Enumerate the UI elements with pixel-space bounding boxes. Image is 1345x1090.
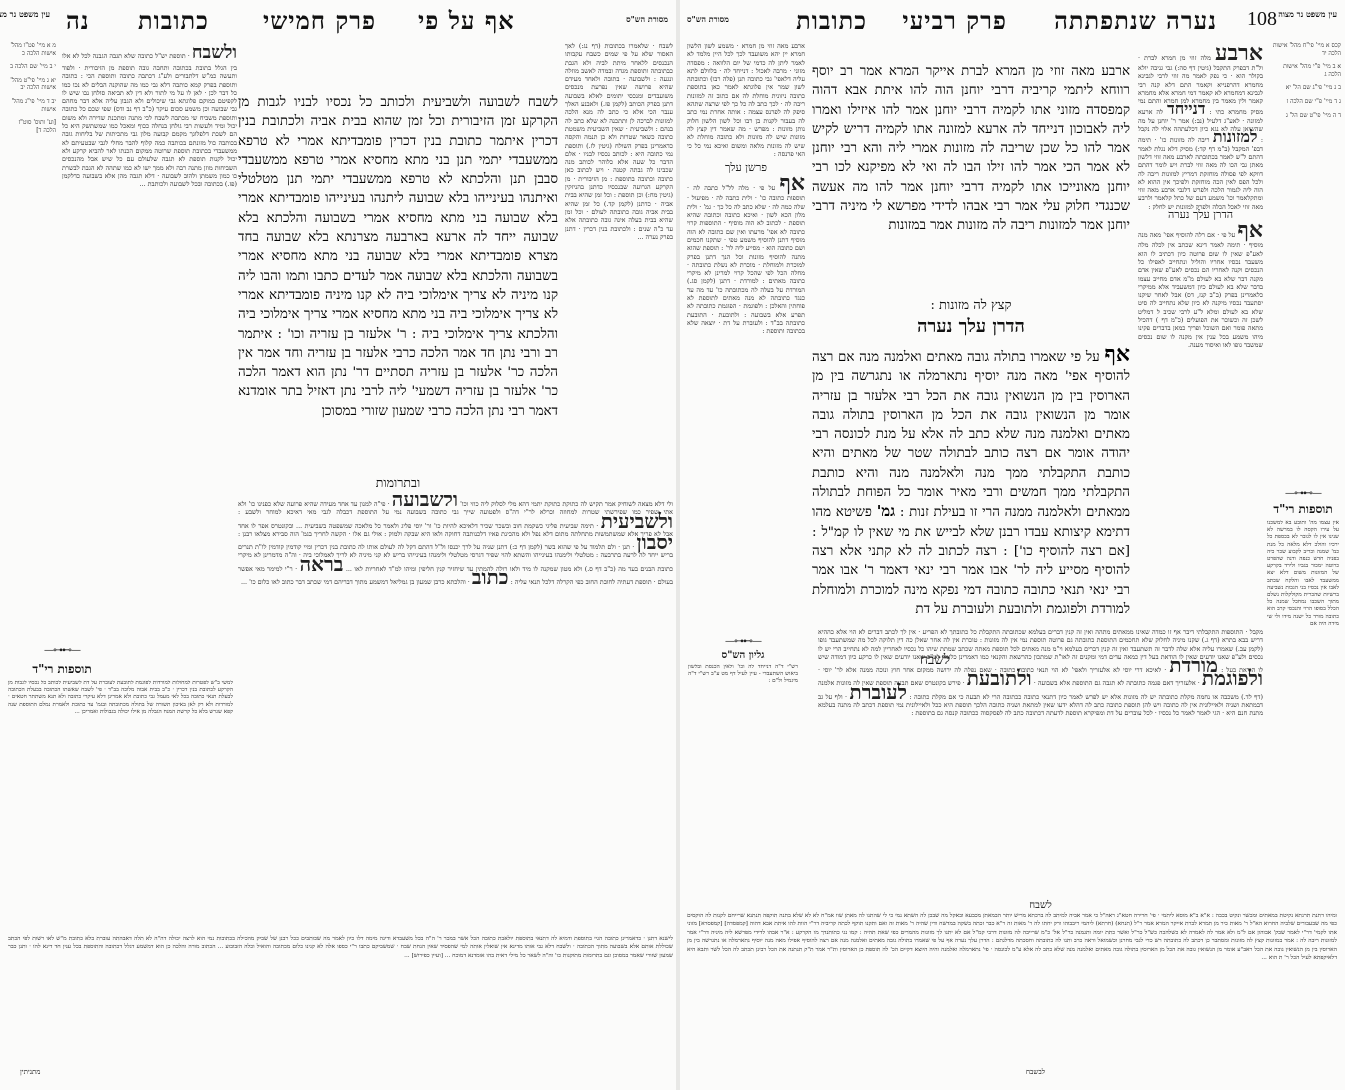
rashi-heading: דנייחד — [1167, 99, 1205, 118]
bottom-commentary: לישנא דתנן · כדאמרינן כתובה הגיי בתוספת … — [8, 935, 673, 1075]
gemara-text: פשיטא מהו דתימא קיצותא עבדו רבנן שלא לבי… — [812, 505, 1130, 616]
chapter-number: פרק חמישי — [263, 6, 376, 36]
mishnah-opening-word: אף — [1104, 343, 1130, 367]
rashi-heading: בראה — [300, 552, 344, 576]
margin-note: ד ה מיי' פי"ט שם הל' ג — [1269, 112, 1341, 120]
rashi-heading: ולשביעית — [601, 509, 673, 533]
masoret-label: מסורת הש"ס — [687, 14, 729, 24]
rashi-end-word: לשבח — [818, 900, 1263, 911]
page-number: 108 — [1247, 8, 1277, 31]
ein-mishpat-column: קכס א מיי' פי"ח מהל' אישות הלכה יד א ב מ… — [1269, 42, 1341, 482]
mishnah-block: אף על פי שאמרו בתולה גובה מאתים ואלמנה מ… — [812, 343, 1130, 653]
tosafot-rid-title: תוספות רי"ד — [1267, 502, 1339, 517]
page-header: עין משפט נר מצוה 108 נערה שנתפתתה פרק רב… — [687, 6, 1337, 34]
opening-word: ארבע — [1215, 42, 1263, 66]
tractate-name: כתובות — [138, 6, 209, 36]
page-gutter — [676, 0, 680, 1090]
tosafot-column: ארבע מאה זוזי מן חמרא · משמע לשון הלשון … — [687, 42, 805, 622]
rashi-heading: למזונות — [1213, 127, 1258, 146]
bottom-commentary: ומיהו דתנת תרנתא נקיטת במאתים ומכשר ונקי… — [687, 912, 1337, 1062]
rashi-heading: ולשבועה — [392, 495, 458, 511]
tosafot-rid-text: אין עצמו מה' ותובע בא למשכנו על עירו הקס… — [1267, 520, 1339, 920]
ein-mishpat-column: מ א מיי' פט"ו מהל' אישות הלכה כ י ב מיי'… — [4, 42, 56, 582]
page-header: עין משפט נר מצוה נה כתובות פרק חמישי אף … — [8, 6, 668, 34]
tosafot-column: ולשבח · תוספת יש"ל כתובה שלא תגבה הגבנה … — [62, 42, 237, 487]
ornament-divider: —⊶⊷— — [1269, 488, 1337, 499]
margin-note: קכס א מיי' פי"ח מהל' אישות הלכה יד — [1269, 42, 1341, 57]
rashi-heading: ולתובעת — [967, 666, 1032, 690]
margin-note: י ב מיי' שם הלכה ב — [4, 63, 56, 71]
rashi-heading: לעוברת — [850, 680, 907, 704]
rashi-heading: ולשבח — [192, 42, 237, 63]
rashi-column: לשבח · שלאמרו בכתובות (דף נג:) לאך האסור… — [565, 42, 673, 492]
tosafot-rid-title: תוספות רי"ד — [12, 662, 112, 677]
gemara-block: ארבע מאה זוזי מן המרא לברת אייקר המרא אמ… — [812, 62, 1130, 297]
masoret-label: מסורת הש"ס — [626, 14, 668, 24]
margin-note: מ א מיי' פט"ו מהל' אישות הלכה כ — [4, 42, 56, 57]
tractate-name: כתובות — [796, 6, 867, 36]
margin-note: יא ג מיי' פי"ט מהל' אישות הלכה יב — [4, 77, 56, 92]
tosafot-rid-text: למשי ב"ש לפטרות למחולות למורדות לפוגמת ל… — [8, 680, 233, 930]
gemara-text: לשבח לשבועה ולשביעית ולכותב כל נכסיו לבנ… — [238, 95, 558, 419]
gilyon-title: גליון הש"ס — [688, 650, 798, 661]
ornament-divider: —⊶⊷— — [688, 636, 798, 647]
ornament-divider: —⊶⊷— — [12, 645, 112, 656]
hadran-title: הדרן עלך נערה — [812, 316, 1130, 337]
gemara-block: לשבח לשבועה ולשביעית ולכותב כל נכסיו לבנ… — [238, 93, 558, 473]
ein-mishpat-label: עין משפט נר מצוה — [8, 10, 50, 19]
left-page: עין משפט נר מצוה נה כתובות פרק חמישי אף … — [0, 0, 676, 1090]
gemara-marker: גמ' — [877, 502, 895, 520]
chapter-name: אף על פי — [418, 6, 515, 36]
gilyon-text: רש"י ד"ה דנייחד לה וכו' ולאין הכנסת ובלש… — [688, 664, 798, 704]
gemara-closing: ובתרומות — [238, 475, 558, 491]
mishnah-text: על פי שאמרו בתולה גובה מאתים ואלמנה מנה … — [812, 350, 1130, 520]
rashi-continuation: מקבל · התוספות התקבלתי דיבר אף זו כמדה ש… — [818, 628, 1263, 896]
right-page: עין משפט נר מצוה 108 נערה שנתפתתה פרק רב… — [680, 0, 1345, 1090]
chapter-number: פרק רביעי — [902, 6, 1007, 36]
ein-mishpat-label: עין משפט נר מצוה — [1297, 10, 1337, 19]
margin-note: א ב מיי' פ"י מהל' אישות הלכה ג — [1269, 63, 1341, 78]
rashi-heading: ולפוגמת — [1202, 666, 1263, 690]
footer-catchword: לבשבח — [1026, 1068, 1045, 1076]
rashi-column: ארבע מלה זוזי מן חמרא לברת · ול"ת דבפרק … — [1138, 42, 1263, 622]
folio-number: נה — [66, 6, 90, 36]
margin-note: ב ג מיי' פי"ג שם הל' יא — [1269, 84, 1341, 92]
margin-note: יב ד מיי' פי"ג מהל' אישות — [4, 98, 56, 113]
rashi-heading: יסבון — [637, 530, 673, 554]
gemara-closing-line: קצץ לה מזונות : — [812, 297, 1130, 313]
rashi-continuation: ולי דלא מצאה לשוחיק אמר תקיש לה כתוקת כת… — [238, 495, 673, 795]
margin-note: ג ד מיי' פ"י שם הלכה ז — [1269, 98, 1341, 106]
footer-catchword: מתניתין — [20, 1068, 40, 1076]
chapter-name: נערה שנתפתתה — [1054, 6, 1217, 36]
rashi-heading: כתוב — [472, 565, 509, 589]
